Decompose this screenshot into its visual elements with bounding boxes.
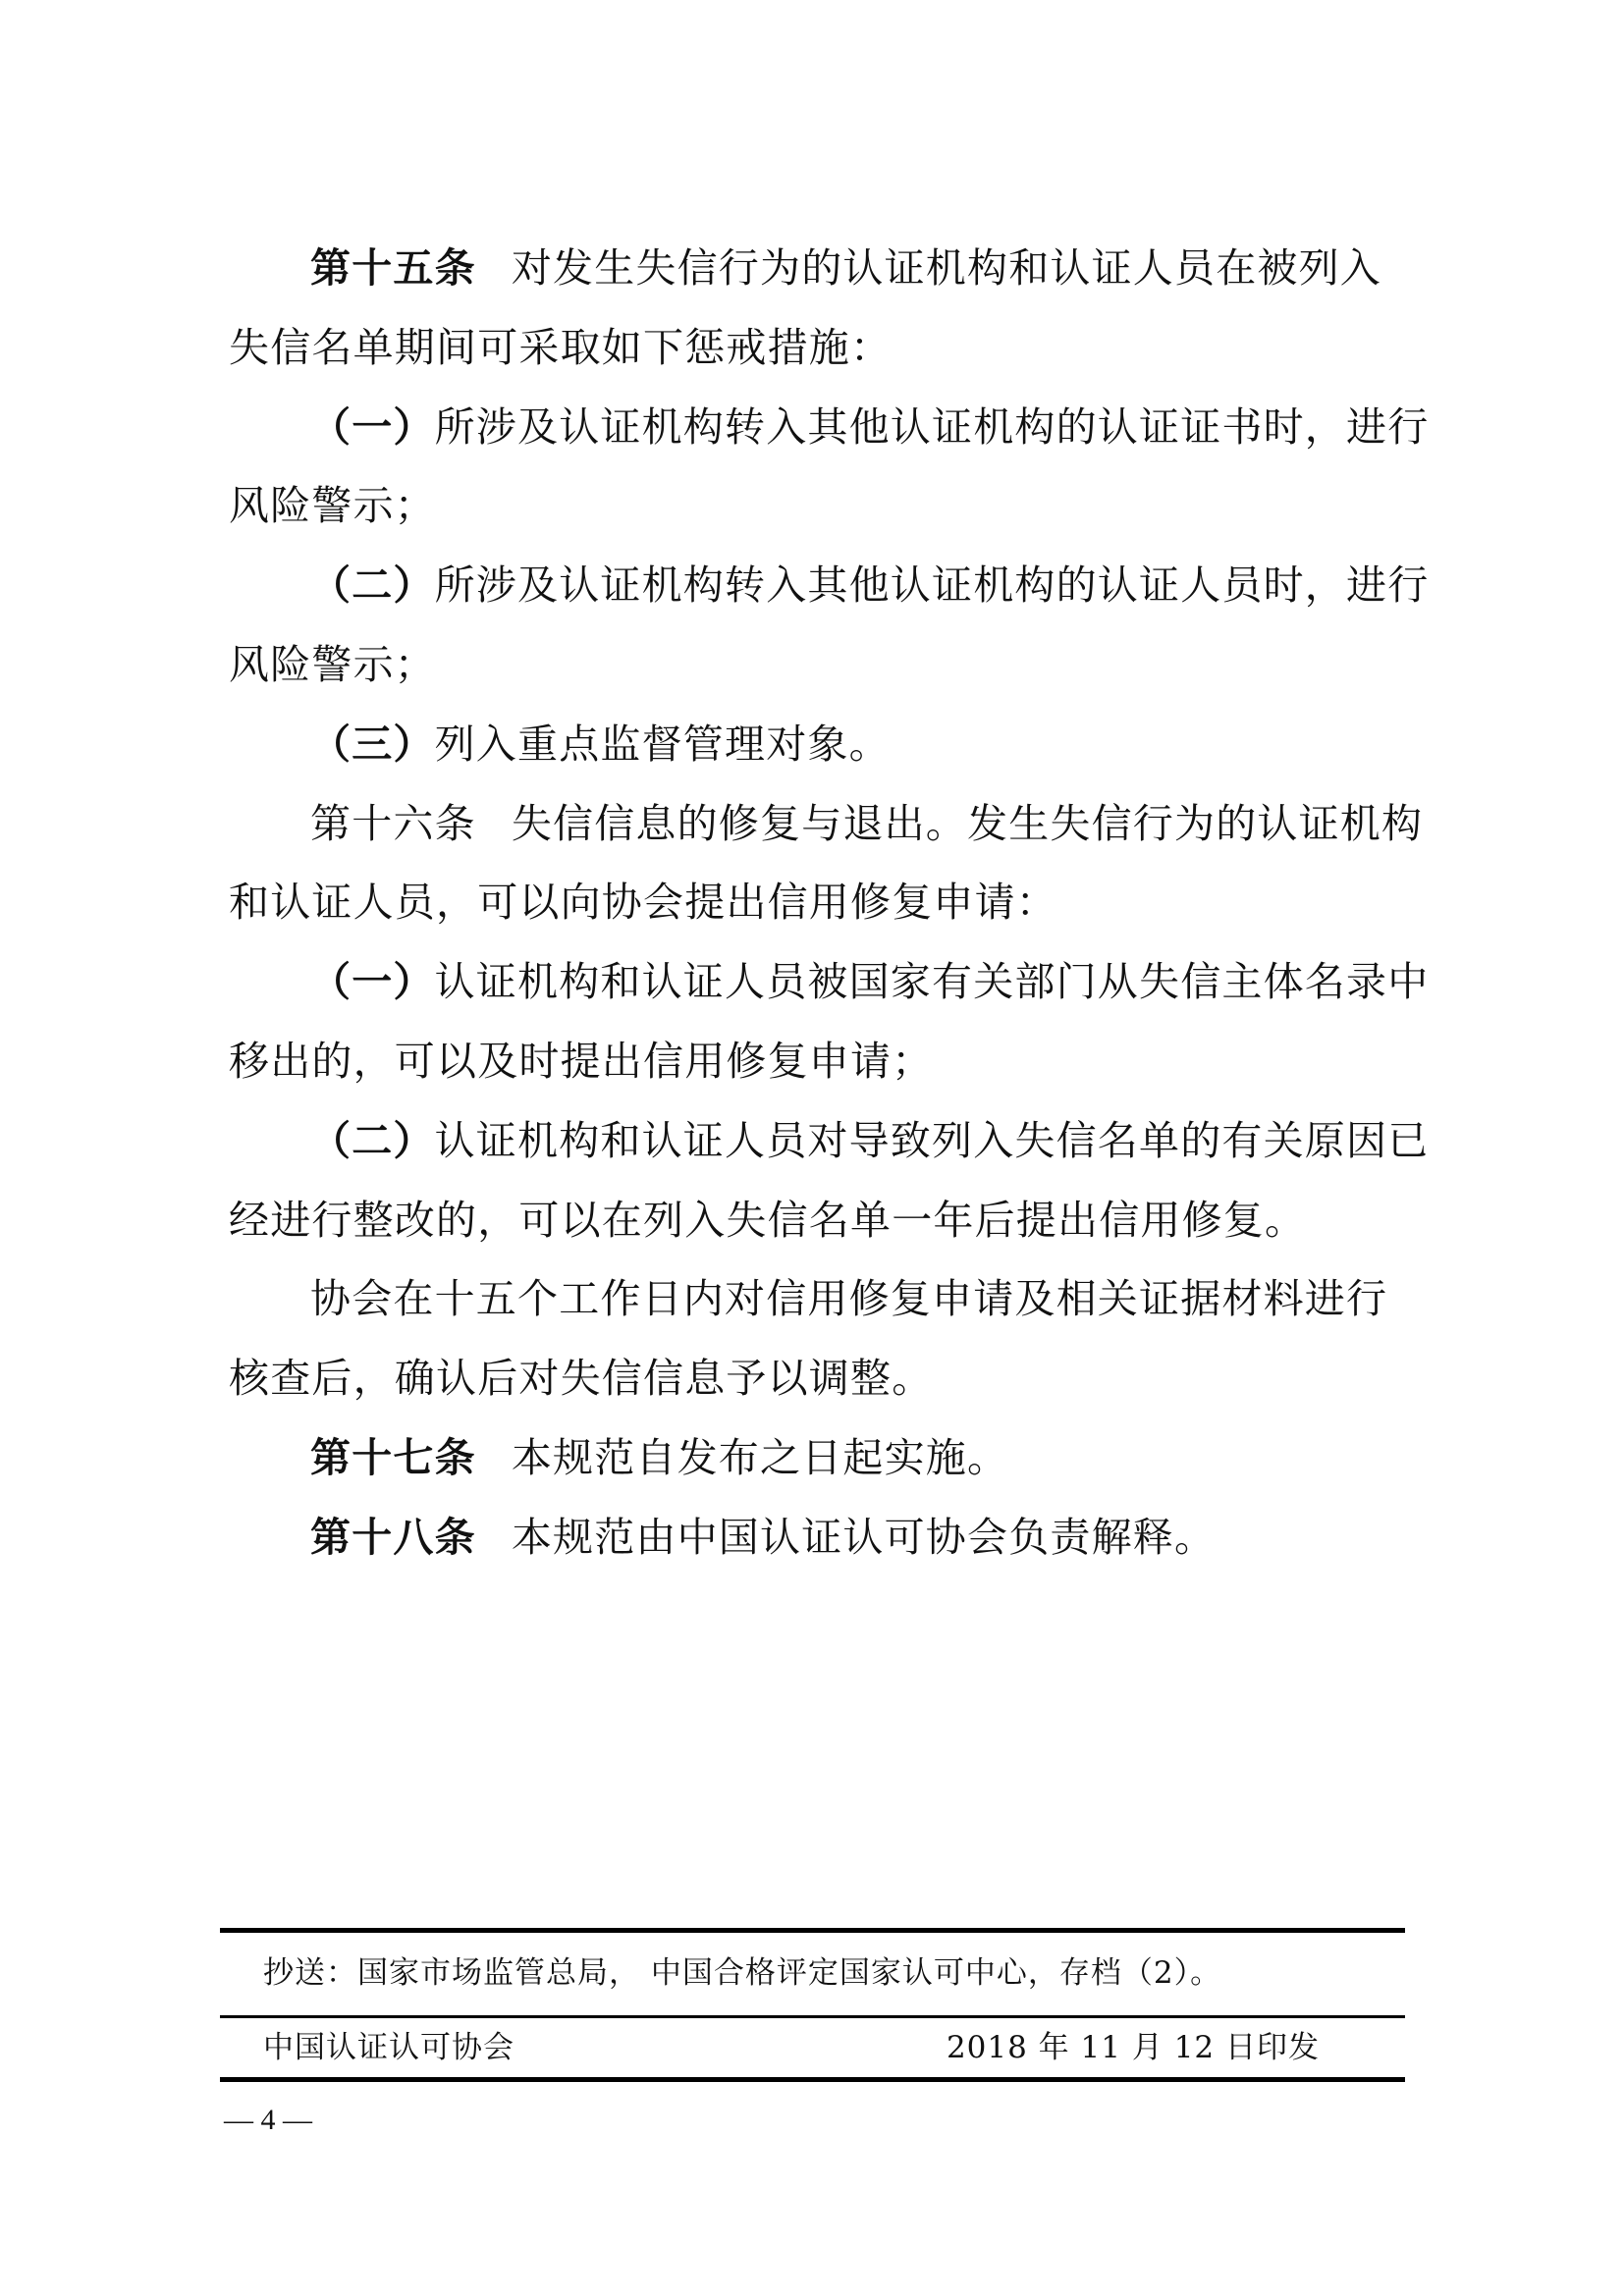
document-page: 第十五条对发生失信行为的认证机构和认证人员在被列入 失信名单期间可采取如下惩戒措… [0,0,1624,2296]
article-16-item-2-text: 认证机构和认证人员对导致列入失信名单的有关原因已 [435,1117,1430,1164]
article-16-item-1-label: （一） [310,958,435,1005]
article-16-line-2: 和认证人员，可以向协会提出信用修复申请： [229,863,1407,942]
item-2-text: 所涉及认证机构转入其他认证机构的认证人员时，进行 [435,561,1430,609]
article-18: 第十八条本规范由中国认证认可协会负责解释。 [229,1498,1407,1577]
article-15-heading: 第十五条 [310,244,476,292]
article-15-text: 对发生失信行为的认证机构和认证人员在被列入 [512,244,1381,292]
article-16-item-1-text: 认证机构和认证人员被国家有关部门从失信主体名录中 [435,958,1430,1005]
article-16-line-1: 第十六条失信信息的修复与退出。发生失信行为的认证机构 [229,784,1407,864]
article-15-item-2-cont: 风险警示； [229,625,1407,705]
cc-text: 抄送：国家市场监管总局， 中国合格评定国家认可中心，存档（2）。 [263,1955,1221,1991]
issuer-name: 中国认证认可协会 [263,2030,514,2065]
article-16-text-cont: 和认证人员，可以向协会提出信用修复申请： [229,879,1057,926]
footer-bottom-rule [220,2077,1405,2082]
article-16-paragraph-cont: 核查后，确认后对失信信息予以调整。 [229,1339,1407,1418]
article-16-paragraph-text-cont: 核查后，确认后对失信信息予以调整。 [229,1355,933,1402]
issuer-line: 中国认证认可协会 2018 年 11 月 12 日印发 [263,2028,1363,2067]
article-16-heading: 第十六条 [310,800,476,847]
article-18-text: 本规范由中国认证认可协会负责解释。 [512,1514,1216,1561]
footer-top-rule [220,1928,1405,1933]
footer-middle-rule [220,2015,1405,2018]
article-15-item-3: （三）列入重点监督管理对象。 [229,705,1407,784]
article-16-item-2-label: （二） [310,1117,435,1164]
article-16-paragraph: 协会在十五个工作日内对信用修复申请及相关证据材料进行 [229,1259,1407,1339]
article-16-text: 失信信息的修复与退出。发生失信行为的认证机构 [512,800,1423,847]
item-2-text-cont: 风险警示； [229,641,436,688]
article-16-item-1: （一）认证机构和认证人员被国家有关部门从失信主体名录中 [229,942,1407,1022]
item-2-label: （二） [310,561,435,609]
document-body: 第十五条对发生失信行为的认证机构和认证人员在被列入 失信名单期间可采取如下惩戒措… [229,229,1407,1577]
article-15-text-cont: 失信名单期间可采取如下惩戒措施： [229,324,892,371]
cc-line: 抄送：国家市场监管总局， 中国合格评定国家认可中心，存档（2）。 [263,1953,1363,1993]
article-17: 第十七条本规范自发布之日起实施。 [229,1418,1407,1498]
page-number: — 4 — [224,2101,312,2140]
article-15-item-2: （二）所涉及认证机构转入其他认证机构的认证人员时，进行 [229,546,1407,625]
article-16-item-2-cont: 经进行整改的，可以在列入失信名单一年后提出信用修复。 [229,1181,1407,1260]
article-16-item-1-text-cont: 移出的，可以及时提出信用修复申请； [229,1038,933,1085]
article-16-paragraph-text: 协会在十五个工作日内对信用修复申请及相关证据材料进行 [310,1275,1387,1322]
item-1-text-cont: 风险警示； [229,482,436,529]
item-3-text: 列入重点监督管理对象。 [435,721,891,768]
article-16-item-2: （二）认证机构和认证人员对导致列入失信名单的有关原因已 [229,1101,1407,1181]
item-1-text: 所涉及认证机构转入其他认证机构的认证证书时，进行 [435,403,1430,451]
article-15-item-1: （一）所涉及认证机构转入其他认证机构的认证证书时，进行 [229,388,1407,467]
article-15-item-1-cont: 风险警示； [229,466,1407,546]
article-16-item-1-cont: 移出的，可以及时提出信用修复申请； [229,1022,1407,1101]
article-16-item-2-text-cont: 经进行整改的，可以在列入失信名单一年后提出信用修复。 [229,1197,1306,1244]
item-1-label: （一） [310,403,435,451]
issue-date: 2018 年 11 月 12 日印发 [947,2028,1320,2067]
article-15-line-1: 第十五条对发生失信行为的认证机构和认证人员在被列入 [229,229,1407,308]
article-18-heading: 第十八条 [310,1514,476,1561]
article-17-heading: 第十七条 [310,1434,476,1481]
article-15-line-2: 失信名单期间可采取如下惩戒措施： [229,308,1407,388]
article-17-text: 本规范自发布之日起实施。 [512,1434,1008,1481]
item-3-label: （三） [310,721,435,768]
